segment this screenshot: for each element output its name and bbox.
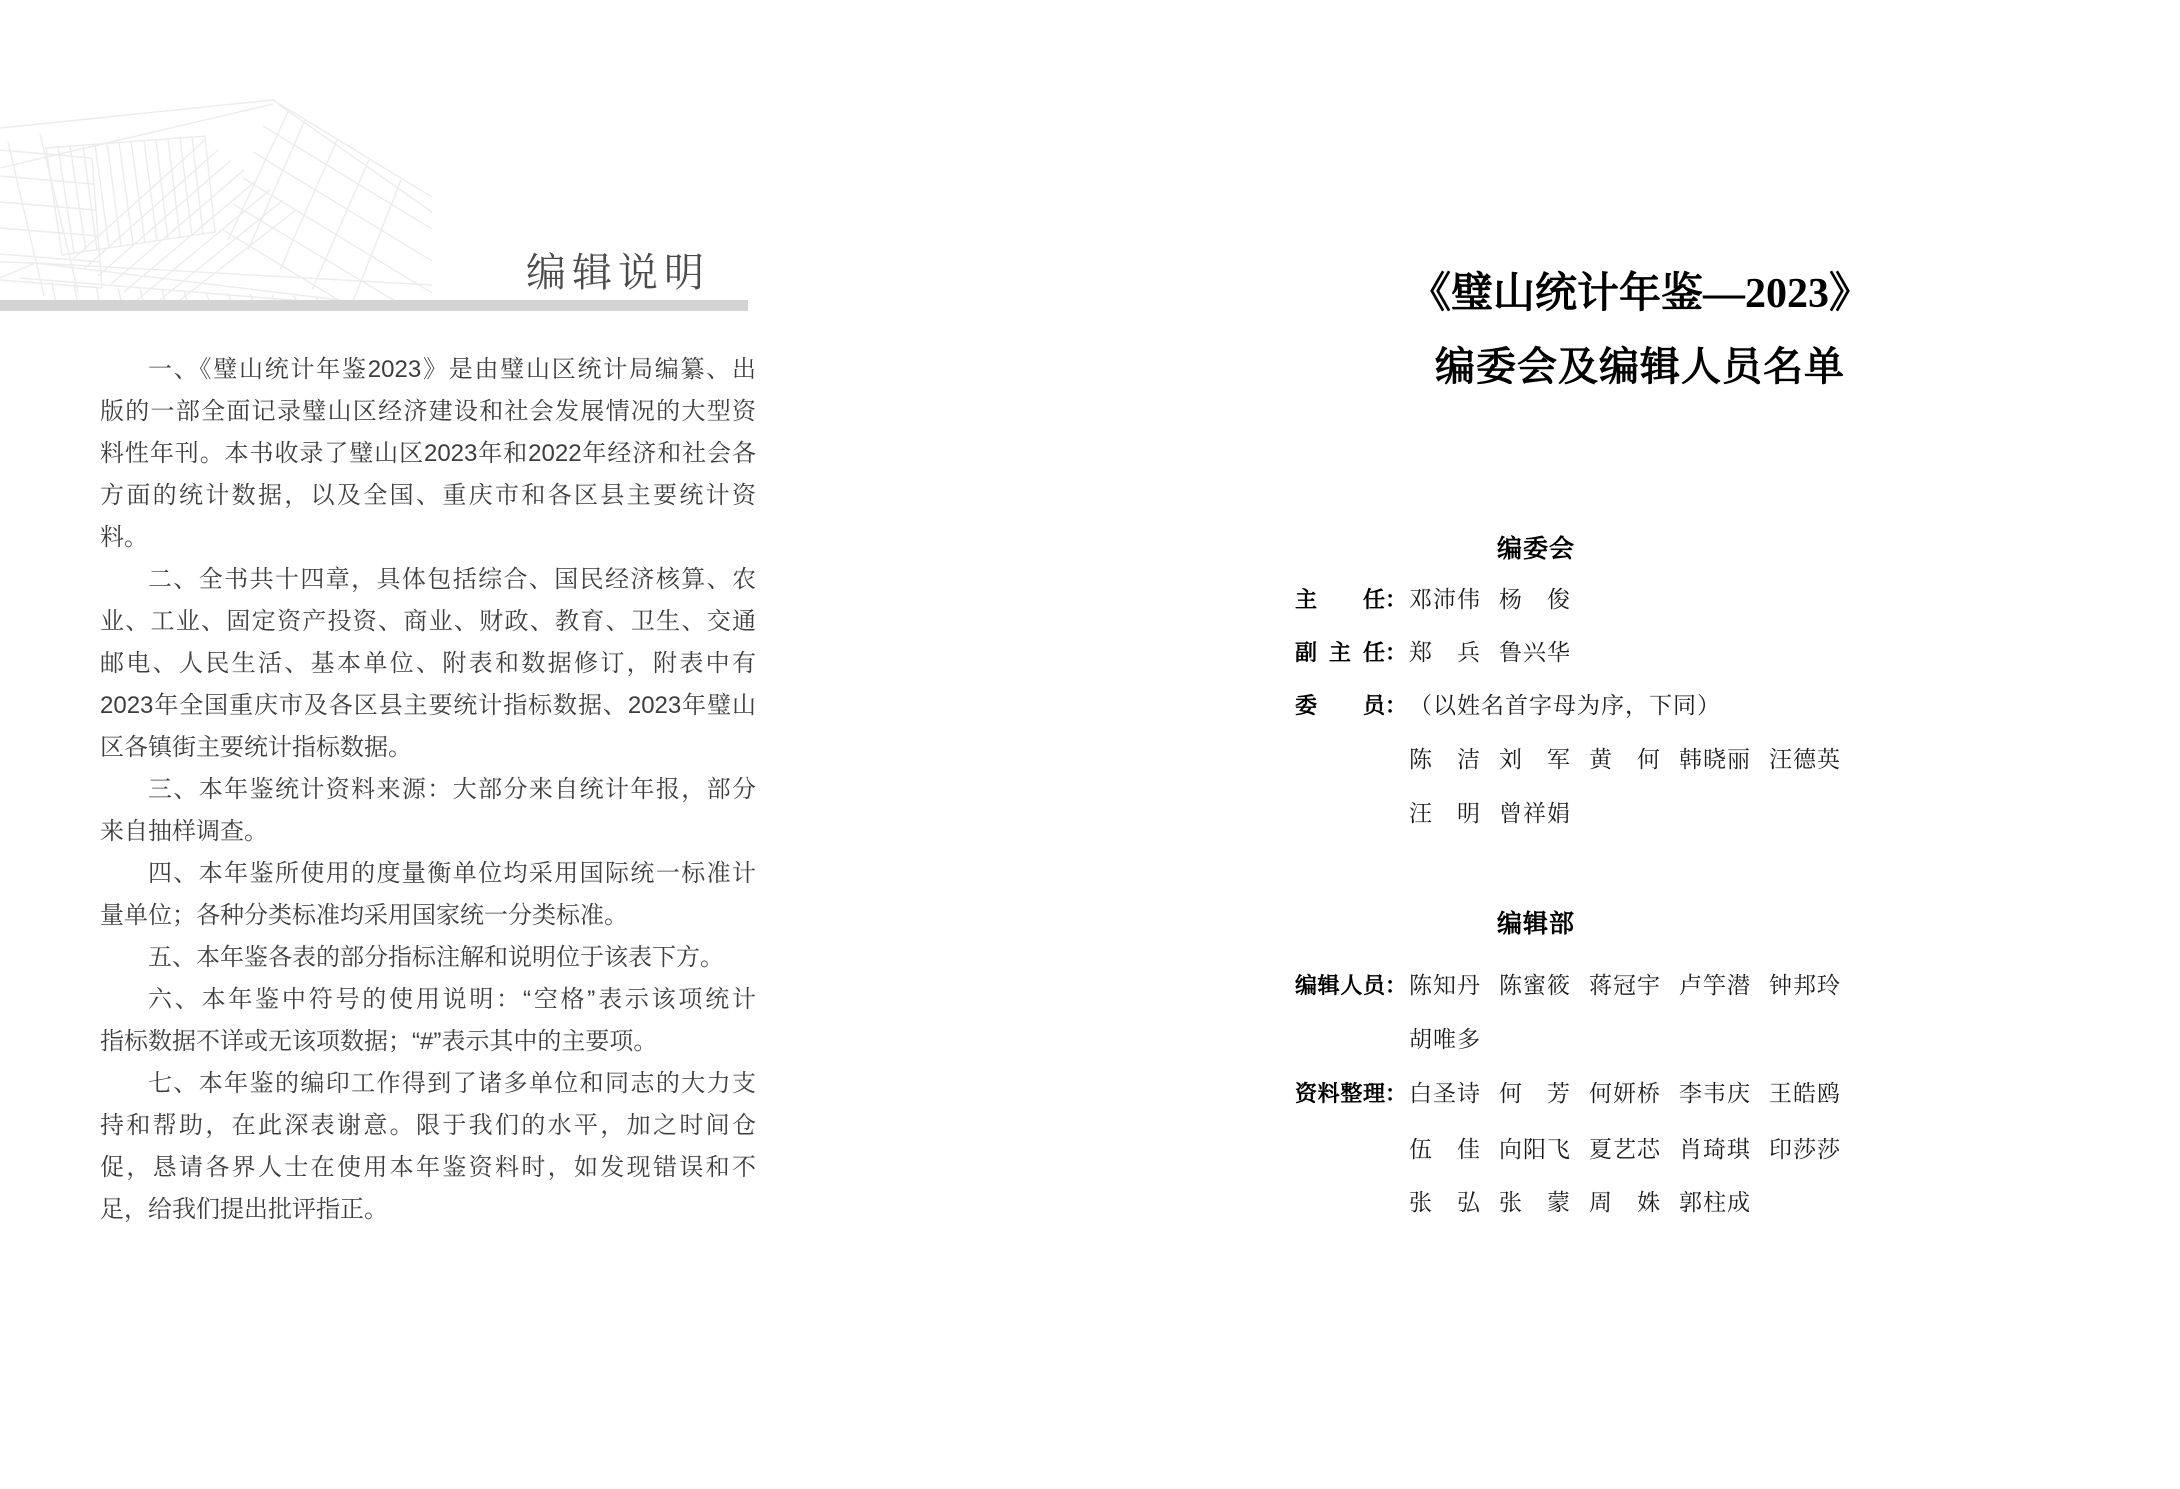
text-line: 持和帮助，在此深表谢意。限于我们的水平，加之时间仓 (100, 1105, 756, 1147)
data-compiler-names: 张 弘 张 蒙 周 姝 郭柱成 (1409, 1188, 1751, 1218)
person-name: 伍 佳 (1409, 1135, 1481, 1165)
person-name: 郑 兵 (1409, 638, 1481, 668)
text-line: 业、工业、固定资产投资、商业、财政、教育、卫生、交通 (100, 601, 756, 643)
right-page-title: 《璧山统计年鉴—2023》 编委会及编辑人员名单 (1340, 271, 1940, 389)
data-compilers-colon: ： (1385, 1079, 1409, 1109)
person-name: 曾祥娟 (1499, 799, 1571, 829)
director-names: 邓沛伟 杨 俊 (1409, 585, 1571, 615)
yearbook-spread: 编辑说明 一、《璧山统计年鉴2023》是由璧山区统计局编纂、出 版的一部全面记录… (0, 0, 2180, 1489)
editor-names: 胡唯多 (1409, 1025, 1481, 1055)
member-names: 陈 洁 刘 军 黄 何 韩晓丽 汪德英 (1409, 745, 1841, 775)
deputy-director-row: 副主任 ： 郑 兵 鲁兴华 (1295, 638, 1571, 670)
director-colon: ： (1385, 585, 1409, 615)
committee-heading: 编委会 (1497, 529, 1575, 565)
roof-wireframe-decoration (0, 92, 432, 306)
text-line: 指标数据不详或无该项数据；“#”表示其中的主要项。 (100, 1021, 756, 1063)
data-compiler-names: 伍 佳 向阳飞 夏艺芯 肖琦琪 印莎莎 (1409, 1135, 1841, 1165)
members-row: 委员 ： （以姓名首字母为序，下同） (1295, 691, 1721, 723)
person-name: 李韦庆 (1679, 1079, 1751, 1109)
person-name: 印莎莎 (1769, 1135, 1841, 1165)
text-line: 料性年刊。本书收录了璧山区2023年和2022年经济和社会各 (100, 433, 756, 475)
editors-names-row-2: 胡唯多 (1409, 1025, 1481, 1057)
data-compilers-names-row-2: 伍 佳 向阳飞 夏艺芯 肖琦琪 印莎莎 (1409, 1135, 1841, 1167)
deputy-director-label: 副主任 (1295, 638, 1385, 668)
person-name: 黄 何 (1589, 745, 1661, 775)
person-name: 张 弘 (1409, 1188, 1481, 1218)
person-name: 陈知丹 (1409, 971, 1481, 1001)
editorial-dept-heading: 编辑部 (1497, 904, 1575, 940)
person-name: 夏艺芯 (1589, 1135, 1661, 1165)
text-line: 量单位；各种分类标准均采用国家统一分类标准。 (100, 895, 756, 937)
person-name: 周 姝 (1589, 1188, 1661, 1218)
person-name: 汪 明 (1409, 799, 1481, 829)
title-underline-bar (0, 300, 748, 311)
deputy-director-colon: ： (1385, 638, 1409, 668)
person-name: 邓沛伟 (1409, 585, 1481, 615)
members-colon: ： (1385, 691, 1409, 721)
person-name: 汪德英 (1769, 745, 1841, 775)
text-line: 二、全书共十四章，具体包括综合、国民经济核算、农 (100, 559, 756, 601)
person-name: 陈蜜筱 (1499, 971, 1571, 1001)
person-name: 何妍桥 (1589, 1079, 1661, 1109)
director-label: 主任 (1295, 585, 1385, 615)
members-names-row-2: 汪 明 曾祥娟 (1409, 799, 1571, 831)
text-line: 足，给我们提出批评指正。 (100, 1189, 756, 1231)
data-compilers-label: 资料整理 (1295, 1079, 1385, 1109)
person-name: 王皓鸥 (1769, 1079, 1841, 1109)
text-line: 区各镇街主要统计指标数据。 (100, 727, 756, 769)
person-name: 卢竽潜 (1679, 971, 1751, 1001)
member-names: 汪 明 曾祥娟 (1409, 799, 1571, 829)
text-line: 六、本年鉴中符号的使用说明：“空格”表示该项统计 (100, 979, 756, 1021)
person-name: 向阳飞 (1499, 1135, 1571, 1165)
members-label: 委员 (1295, 691, 1385, 721)
yearbook-title: 《璧山统计年鉴—2023》 (1340, 271, 1940, 317)
text-line: 方面的统计数据，以及全国、重庆市和各区县主要统计资 (100, 475, 756, 517)
text-line: 来自抽样调查。 (100, 811, 756, 853)
members-note-wrap: （以姓名首字母为序，下同） (1409, 691, 1721, 721)
text-line: 版的一部全面记录璧山区经济建设和社会发展情况的大型资 (100, 391, 756, 433)
data-compiler-names: 白圣诗 何 芳 何妍桥 李韦庆 王皓鸥 (1409, 1079, 1841, 1109)
person-name: 张 蒙 (1499, 1188, 1571, 1218)
text-line: 四、本年鉴所使用的度量衡单位均采用国际统一标准计 (100, 853, 756, 895)
director-row: 主任 ： 邓沛伟 杨 俊 (1295, 585, 1571, 617)
deputy-director-names: 郑 兵 鲁兴华 (1409, 638, 1571, 668)
person-name: 肖琦琪 (1679, 1135, 1751, 1165)
text-line: 邮电、人民生活、基本单位、附表和数据修订，附表中有 (100, 643, 756, 685)
text-line: 促，恳请各界人士在使用本年鉴资料时，如发现错误和不 (100, 1147, 756, 1189)
editors-colon: ： (1385, 971, 1409, 1001)
person-name: 胡唯多 (1409, 1025, 1481, 1055)
editors-label: 编辑人员 (1295, 971, 1385, 1001)
members-names-row-1: 陈 洁 刘 军 黄 何 韩晓丽 汪德英 (1409, 745, 1841, 777)
text-line: 五、本年鉴各表的部分指标注解和说明位于该表下方。 (100, 937, 756, 979)
text-line: 三、本年鉴统计资料来源：大部分来自统计年报，部分 (100, 769, 756, 811)
person-name: 刘 军 (1499, 745, 1571, 775)
name-list-subtitle: 编委会及编辑人员名单 (1340, 345, 1940, 389)
data-compilers-names-row-3: 张 弘 张 蒙 周 姝 郭柱成 (1409, 1188, 1751, 1220)
text-line: 2023年全国重庆市及各区县主要统计指标数据、2023年璧山 (100, 685, 756, 727)
person-name: 杨 俊 (1499, 585, 1571, 615)
person-name: 郭柱成 (1679, 1188, 1751, 1218)
person-name: 韩晓丽 (1679, 745, 1751, 775)
person-name: 钟邦玲 (1769, 971, 1841, 1001)
editors-row: 编辑人员 ： 陈知丹 陈蜜筱 蒋冠宇 卢竽潜 钟邦玲 (1295, 971, 1841, 1003)
text-line: 七、本年鉴的编印工作得到了诸多单位和同志的大力支 (100, 1063, 756, 1105)
person-name: 蒋冠宇 (1589, 971, 1661, 1001)
text-line: 一、《璧山统计年鉴2023》是由璧山区统计局编纂、出 (100, 349, 756, 391)
person-name: 白圣诗 (1409, 1079, 1481, 1109)
editorial-notes-text: 一、《璧山统计年鉴2023》是由璧山区统计局编纂、出 版的一部全面记录璧山区经济… (100, 349, 756, 1231)
members-sort-note: （以姓名首字母为序，下同） (1409, 691, 1721, 721)
person-name: 陈 洁 (1409, 745, 1481, 775)
text-line: 料。 (100, 517, 756, 559)
person-name: 鲁兴华 (1499, 638, 1571, 668)
editor-names: 陈知丹 陈蜜筱 蒋冠宇 卢竽潜 钟邦玲 (1409, 971, 1841, 1001)
left-page-title: 编辑说明 (526, 241, 710, 298)
person-name: 何 芳 (1499, 1079, 1571, 1109)
data-compilers-row: 资料整理 ： 白圣诗 何 芳 何妍桥 李韦庆 王皓鸥 (1295, 1079, 1841, 1111)
